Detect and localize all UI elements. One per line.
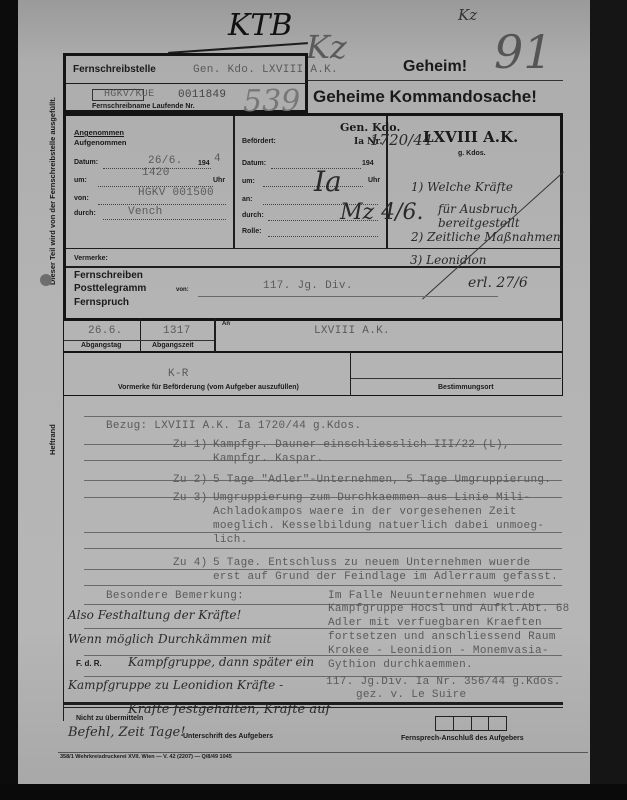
received-date-label: Datum:	[74, 159, 98, 166]
special-line-2: Kampfgruppe Hocsl und Aufkl.Abt. 68	[328, 603, 570, 615]
routing-note-3: 3) Leonidion	[410, 253, 486, 267]
type-telex: Fernschreiben	[74, 270, 143, 281]
received-year-prefix: 194	[198, 160, 210, 167]
dispatch-date-value: 26.6.	[88, 325, 123, 337]
forwarded-time-label: um:	[242, 178, 255, 185]
received-time-value: 1420	[142, 167, 170, 179]
side-note-heftrand: Heftrand	[48, 424, 57, 455]
handwritten-kz: Kz	[458, 6, 477, 24]
item-3-line-2: Achladokampos waere in der vorgesehenen …	[213, 506, 517, 518]
scan-border-bottom	[0, 784, 627, 800]
corps-stamp-title: LXVIII A.K.	[423, 128, 518, 146]
type-phone-message: Fernspruch	[74, 297, 129, 308]
item-1-line-2: Kampfgr. Kaspar.	[213, 453, 323, 465]
do-not-transmit-label: Nicht zu übermitteln	[76, 715, 143, 722]
received-time-unit: Uhr	[213, 177, 225, 184]
received-title: Angenommen	[74, 128, 124, 137]
station-value: Gen. Kdo. LXVIII A.K.	[193, 64, 338, 76]
item-3-line-3: moeglich. Kesselbildung natuerlich dabei…	[213, 520, 544, 532]
scan-border-right	[590, 0, 627, 800]
handwritten-ktb: KTB	[228, 8, 292, 43]
item-1-line-1: Kampfgr. Dauner einschliesslich III/22 (…	[213, 439, 510, 451]
dispatch-time-label: Abgangszeit	[152, 342, 194, 349]
item-2-number: Zu 2)	[173, 474, 208, 486]
item-3-line-4: lich.	[213, 534, 248, 546]
type-post-telegram: Posttelegramm	[74, 283, 146, 294]
telex-name-value: HGKV/KUE	[104, 89, 154, 100]
item-2-line-1: 5 Tage "Adler"-Unternehmen, 5 Tage Umgru…	[213, 474, 551, 486]
forwarded-time-unit: Uhr	[368, 177, 380, 184]
received-from-value: HGKV 001500	[138, 187, 214, 199]
forwarded-by-label: durch:	[242, 212, 264, 219]
destination-label: Bestimmungsort	[438, 384, 494, 391]
received-year-value: 4	[214, 153, 221, 165]
telegram-form-sheet: KTB Kz Kz 91 Dieser Teil wird von der Fe…	[18, 0, 590, 785]
received-by-label: durch:	[74, 210, 96, 217]
secret-label: Geheim!	[403, 58, 467, 76]
handwritten-initials: Mz 4/6.	[340, 200, 424, 225]
signature-line-1: 117. Jg.Div. Ia Nr. 356/44 g.Kdos.	[326, 676, 561, 688]
handwritten-ia: Ia	[314, 165, 342, 198]
reference-line: Bezug: LXVIII A.K. Ia 1720/44 g.Kdos.	[106, 420, 361, 432]
forwarded-role-label: Rolle:	[242, 228, 261, 235]
sender-unit: 117. Jg. Div.	[263, 280, 353, 292]
routing-note-1: 1) Welche Kräfte	[411, 180, 513, 194]
forwarding-notes-value: K-R	[168, 368, 189, 380]
item-4-line-1: 5 Tage. Entschluss zu neuem Unternehmen …	[213, 557, 530, 569]
forwarded-to-label: an:	[242, 196, 253, 203]
special-line-1: Im Falle Neuunternehmen wuerde	[328, 590, 535, 602]
handwritten-page-number: 91	[494, 25, 553, 79]
phone-number-boxes	[435, 716, 507, 731]
side-note-upper: Dieser Teil wird von der Fernschreibstel…	[48, 97, 57, 285]
received-by-value: Vench	[128, 206, 163, 218]
signature-caption: Unterschrift des Aufgebers	[183, 733, 273, 740]
top-secret-label: Geheime Kommandosache!	[313, 87, 537, 107]
hand-note-1: Also Festhaltung der Kräfte!	[68, 608, 241, 622]
special-line-4: fortsetzen und anschliessend Raum	[328, 631, 556, 643]
type-from-label: von:	[176, 287, 189, 293]
forwarded-date-label: Datum:	[242, 160, 266, 167]
station-label: Fernschreibstelle	[73, 64, 156, 75]
hand-note-2: Wenn möglich Durchkämmen mit	[68, 632, 271, 646]
signature-line-2: gez. v. Le Suire	[356, 689, 466, 701]
dispatch-box	[63, 318, 563, 352]
received-from-label: von:	[74, 195, 89, 202]
remarks-label: Vermerke:	[74, 255, 108, 262]
special-line-6: Gythion durchkaemmen.	[328, 659, 473, 671]
telex-caption: Fernschreibname Laufende Nr.	[92, 103, 195, 110]
item-4-number: Zu 4)	[173, 557, 208, 569]
dispatch-date-label: Abgangstag	[81, 342, 121, 349]
item-3-number: Zu 3)	[173, 492, 208, 504]
forwarded-title: Befördert:	[242, 138, 276, 145]
phone-caption: Fernsprech-Anschluß des Aufgebers	[401, 735, 524, 742]
dispatch-to-value: LXVIII A.K.	[314, 325, 390, 337]
forwarded-year-prefix: 194	[362, 160, 374, 167]
item-3-line-1: Umgruppierung zum Durchkaemmen aus Linie…	[213, 492, 530, 504]
punch-hole	[40, 274, 52, 286]
received-date-value: 26/6.	[148, 155, 183, 167]
handwritten-struck: Kz	[306, 28, 347, 66]
fdr-label: F. d. R.	[76, 659, 102, 668]
item-1-number: Zu 1)	[173, 439, 208, 451]
hand-note-3: Kampfgruppe, dann später ein	[128, 655, 314, 669]
serial-number: 0011849	[178, 89, 226, 101]
item-4-line-2: erst auf Grund der Feindlage im Adlerrau…	[213, 571, 558, 583]
routing-signoff: erl. 27/6	[468, 275, 528, 291]
dispatch-to-label: An	[222, 321, 230, 327]
printer-imprint: 358/1 Wehrkreisdruckerei XVII. Wien — V.…	[60, 754, 232, 760]
hand-note-4: Kampfgruppe zu Leonidion Kräfte -	[68, 678, 283, 692]
hand-note-6: Befehl, Zeit Tage!	[68, 725, 185, 740]
received-time-label: um:	[74, 177, 87, 184]
special-remark-label: Besondere Bemerkung:	[106, 590, 244, 602]
dispatch-time-value: 1317	[163, 325, 191, 337]
forwarding-notes-label: Vormerke für Beförderung (vom Aufgeber a…	[118, 384, 299, 391]
corps-stamp-sub: g. Kdos.	[458, 150, 486, 157]
recorded-title: Aufgenommen	[74, 138, 127, 147]
